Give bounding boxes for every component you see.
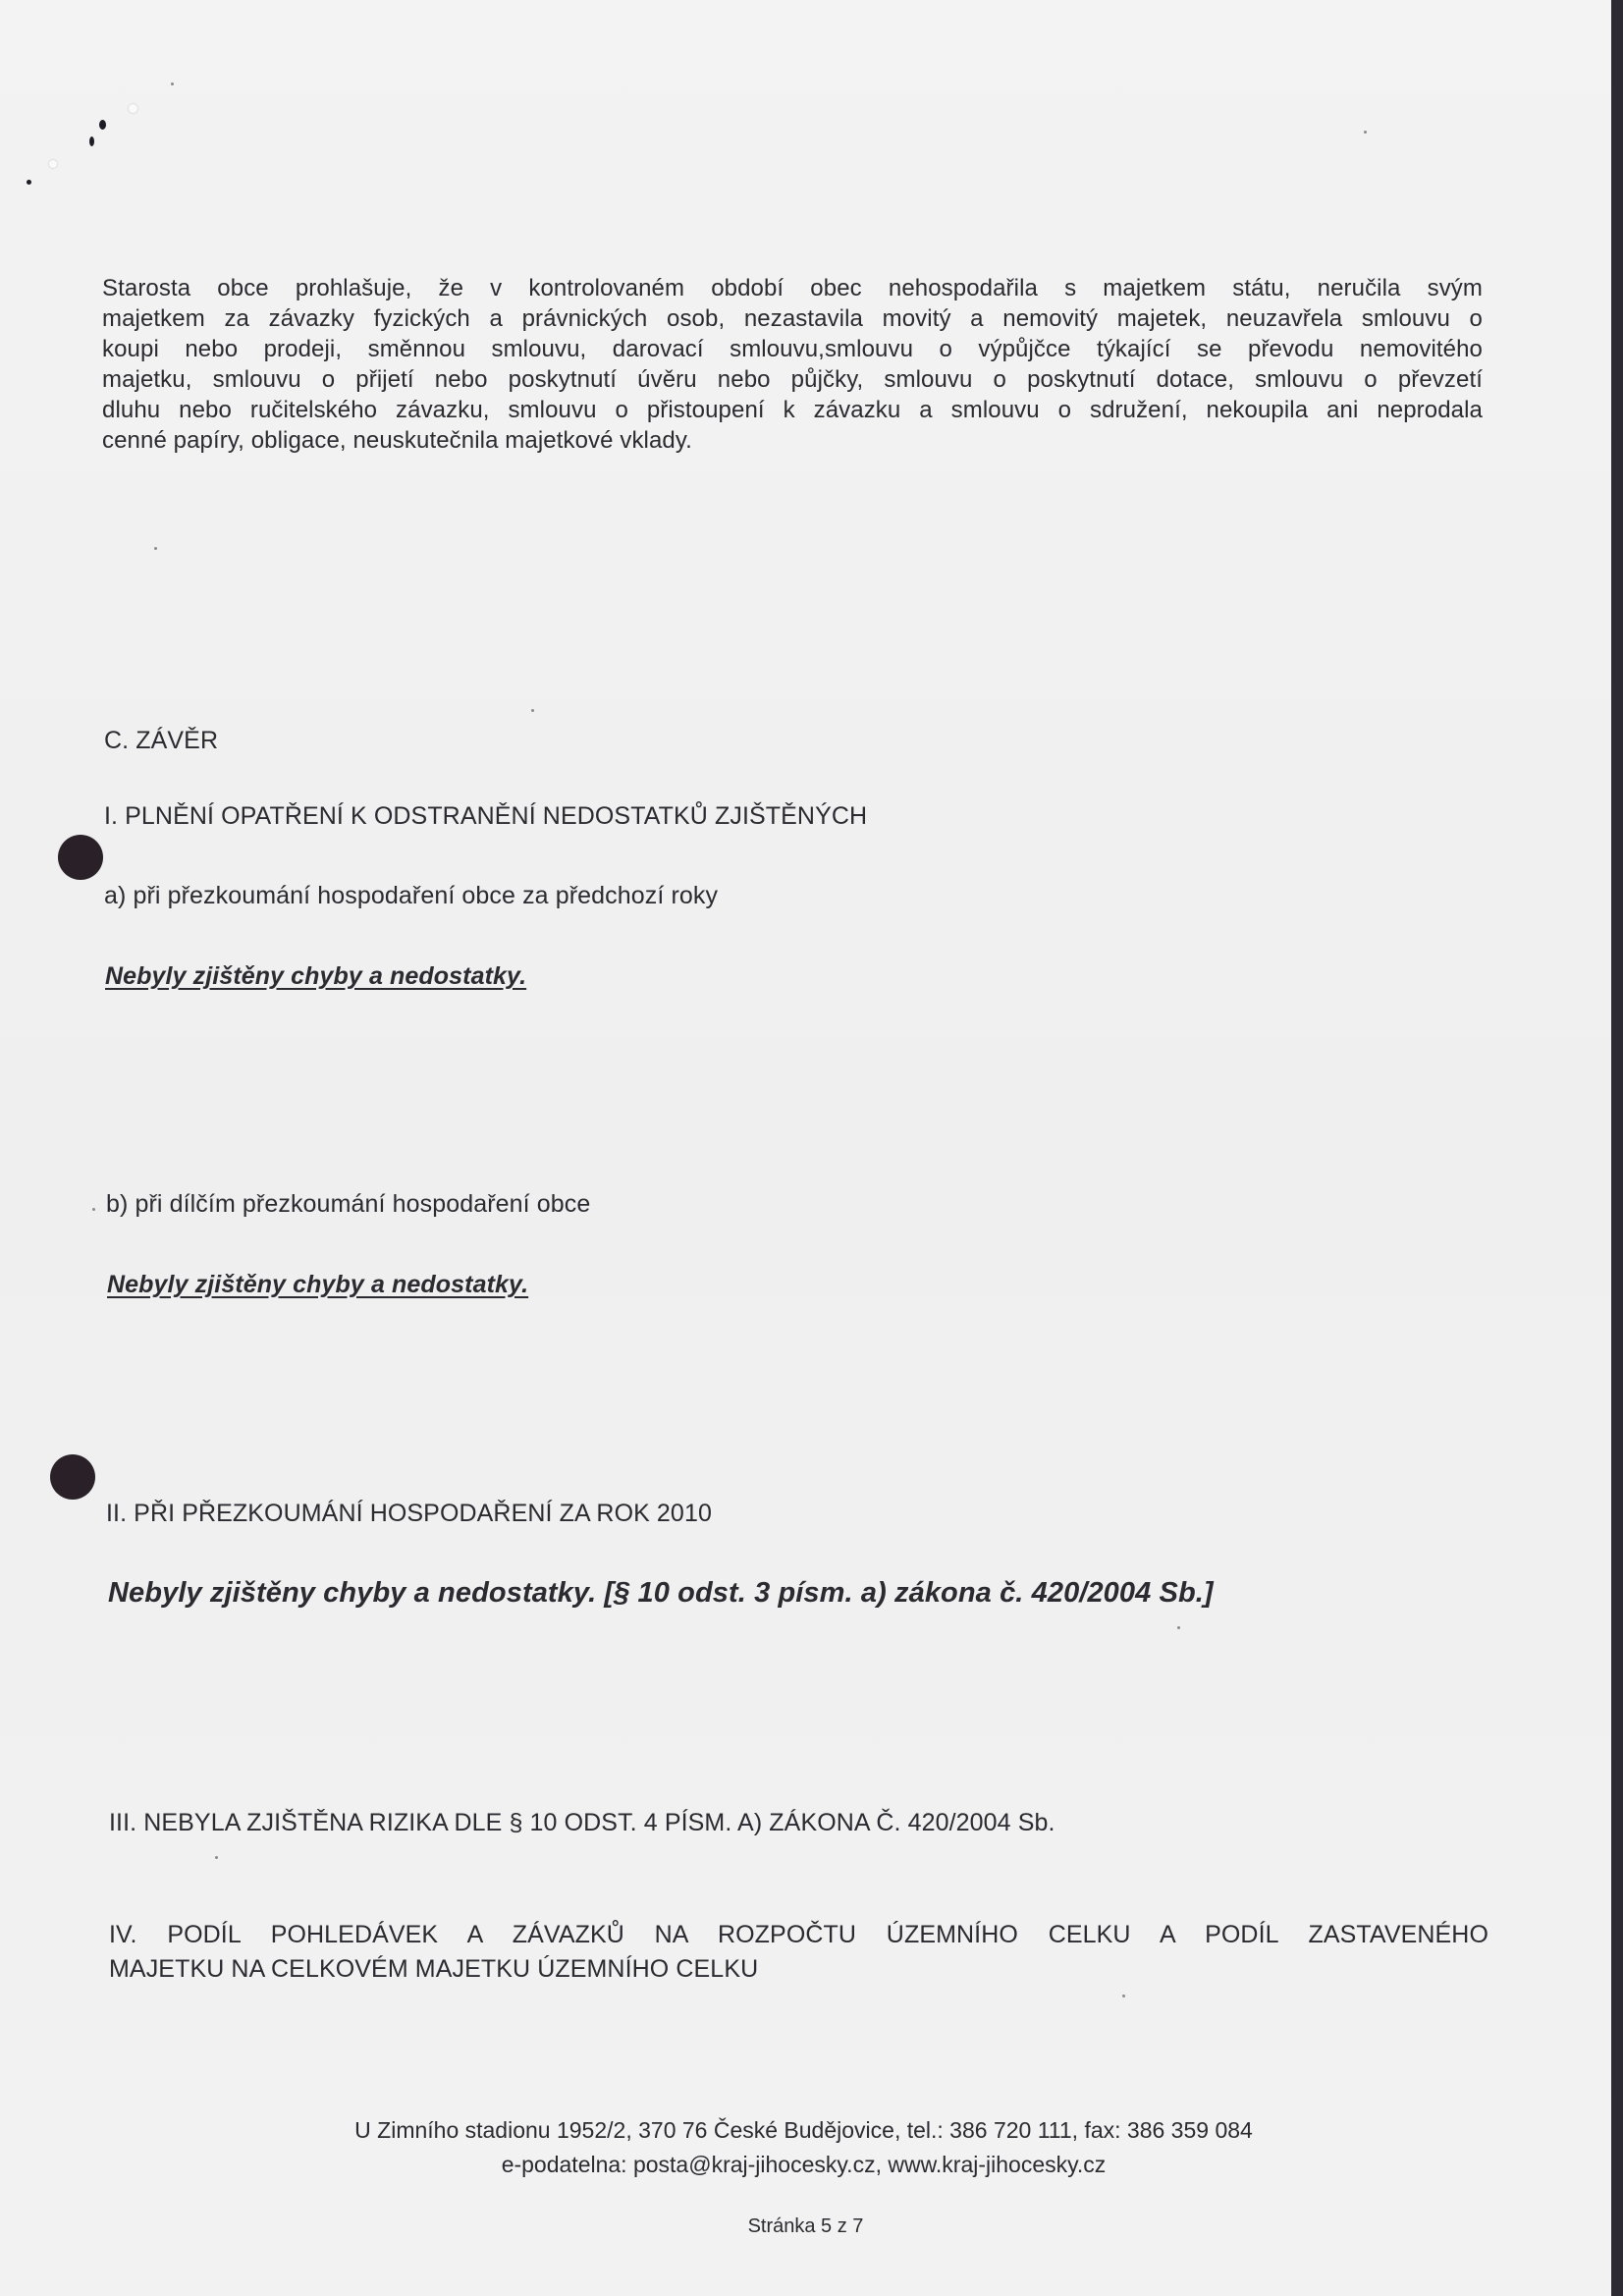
heading-line: IV. PODÍL POHLEDÁVEK A ZÁVAZKŮ NA ROZPOČ… [109,1918,1488,1952]
scan-speck [531,709,534,712]
staple-mark [89,137,94,146]
scan-speck [215,1856,218,1859]
page-number: Stránka 5 z 7 [0,2215,1611,2238]
part-ii-heading: II. PŘI PŘEZKOUMÁNÍ HOSPODAŘENÍ ZA ROK 2… [106,1499,712,1529]
punch-hole [50,1454,95,1500]
item-b-label: b) při dílčím přezkoumání hospodaření ob… [106,1189,590,1220]
footer-address: U Zimního stadionu 1952/2, 370 76 České … [0,2113,1609,2148]
heading-line: MAJETKU NA CELKOVÉM MAJETKU ÚZEMNÍHO CEL… [109,1952,1488,1987]
scanned-page: Starosta obce prohlašuje, že v kontrolov… [0,0,1611,2296]
paragraph-line: dluhu nebo ručitelského závazku, smlouvu… [102,395,1483,425]
staple-mark [27,180,31,185]
paragraph-line: cenné papíry, obligace, neuskutečnila ma… [102,425,1483,456]
staple-mark [129,104,137,113]
staple-mark [49,160,57,168]
staple-mark [99,120,106,130]
item-b-finding: Nebyly zjištěny chyby a nedostatky. [107,1270,528,1300]
item-a-label: a) při přezkoumání hospodaření obce za p… [104,881,718,911]
section-c-heading: C. ZÁVĚR [104,726,218,756]
part-i-heading: I. PLNĚNÍ OPATŘENÍ K ODSTRANĚNÍ NEDOSTAT… [104,801,867,832]
footer-contact: e-podatelna: posta@kraj-jihocesky.cz, ww… [0,2148,1609,2182]
scan-speck [1122,1995,1125,1997]
paragraph-line: koupi nebo prodeji, směnnou smlouvu, dar… [102,334,1483,364]
scan-speck [1364,131,1367,134]
scan-speck [92,1208,95,1211]
item-a-finding: Nebyly zjištěny chyby a nedostatky. [105,961,526,992]
punch-hole [58,835,103,880]
scan-speck [1177,1626,1180,1629]
part-ii-finding: Nebyly zjištěny chyby a nedostatky. [§ 1… [108,1578,1214,1609]
part-iii-heading: III. NEBYLA ZJIŠTĚNA RIZIKA DLE § 10 ODS… [109,1808,1055,1838]
scan-edge [1611,0,1623,2296]
scan-speck [171,82,174,85]
paragraph-line: Starosta obce prohlašuje, že v kontrolov… [102,273,1483,303]
part-iv-heading: IV. PODÍL POHLEDÁVEK A ZÁVAZKŮ NA ROZPOČ… [109,1918,1488,1987]
paragraph-line: majetkem za závazky fyzických a právnick… [102,303,1483,334]
intro-paragraph: Starosta obce prohlašuje, že v kontrolov… [102,273,1483,456]
scan-speck [154,547,157,550]
paragraph-line: majetku, smlouvu o přijetí nebo poskytnu… [102,364,1483,395]
